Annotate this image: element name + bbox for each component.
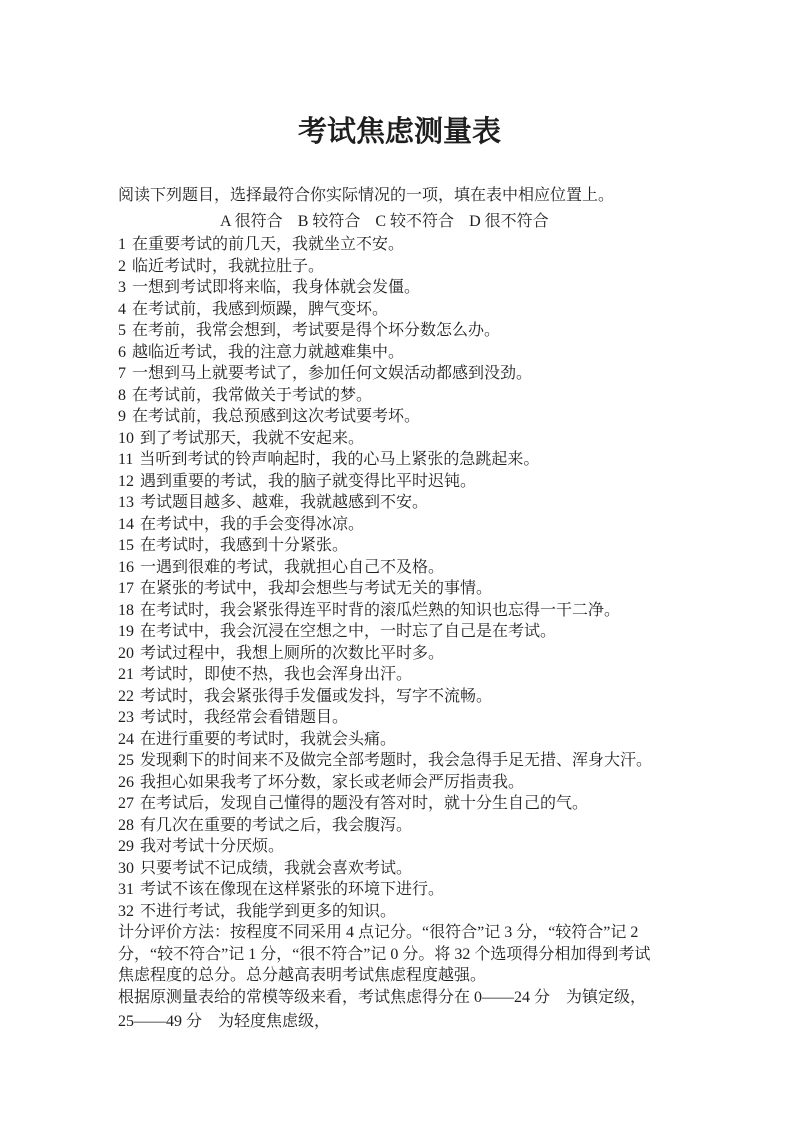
item-number: 10 — [118, 430, 134, 447]
instruction-text: 阅读下列题目，选择最符合你实际情况的一项，填在表中相应位置上。 — [118, 185, 681, 207]
item-text: 在考试时，我会紧张得连平时背的滚瓜烂熟的知识也忘得一干二净。 — [140, 602, 620, 619]
norm-level-line: 25——49 分 为轻度焦虑级， — [118, 1011, 681, 1033]
item-text: 在考试中，我的手会变得冰凉。 — [140, 516, 364, 533]
questionnaire-item: 10到了考试那天，我就不安起来。 — [118, 428, 681, 450]
option-a: A 很符合 — [220, 211, 283, 233]
item-number: 17 — [118, 580, 134, 597]
questionnaire-item: 7一想到马上就要考试了，参加任何文娱活动都感到没劲。 — [118, 363, 681, 385]
item-number: 4 — [118, 301, 126, 318]
questionnaire-item: 32不进行考试，我能学到更多的知识。 — [118, 901, 681, 923]
questionnaire-item: 4在考试前，我感到烦躁，脾气变坏。 — [118, 299, 681, 321]
item-number: 1 — [118, 236, 126, 253]
item-text: 在考试时，我感到十分紧张。 — [140, 537, 348, 554]
questionnaire-items: 1在重要考试的前几天，我就坐立不安。2临近考试时，我就拉肚子。3一想到考试即将来… — [118, 234, 681, 922]
questionnaire-item: 6越临近考试，我的注意力就越难集中。 — [118, 342, 681, 364]
item-text: 考试时，我经常会看错题目。 — [140, 709, 348, 726]
item-text: 考试题目越多、越难，我就越感到不安。 — [140, 494, 428, 511]
questionnaire-item: 16一遇到很难的考试，我就担心自己不及格。 — [118, 557, 681, 579]
item-number: 15 — [118, 537, 134, 554]
questionnaire-item: 27在考试后，发现自己懂得的题没有答对时，就十分生自己的气。 — [118, 793, 681, 815]
item-text: 我对考试十分厌烦。 — [140, 838, 284, 855]
item-text: 在考试后，发现自己懂得的题没有答对时，就十分生自己的气。 — [140, 795, 588, 812]
item-number: 26 — [118, 774, 134, 791]
questionnaire-item: 21考试时，即使不热，我也会浑身出汗。 — [118, 664, 681, 686]
item-number: 28 — [118, 817, 134, 834]
item-text: 只要考试不记成绩，我就会喜欢考试。 — [140, 860, 412, 877]
item-number: 8 — [118, 387, 126, 404]
item-text: 在考前，我常会想到，考试要是得个坏分数怎么办。 — [132, 322, 500, 339]
item-number: 13 — [118, 494, 134, 511]
item-number: 2 — [118, 258, 126, 275]
questionnaire-item: 26我担心如果我考了坏分数，家长或老师会严厉指责我。 — [118, 772, 681, 794]
questionnaire-item: 30只要考试不记成绩，我就会喜欢考试。 — [118, 858, 681, 880]
item-number: 29 — [118, 838, 134, 855]
scoring-line: 分，“较不符合”记 1 分，“很不符合”记 0 分。将 32 个选项得分相加得到… — [118, 944, 681, 966]
questionnaire-item: 1在重要考试的前几天，我就坐立不安。 — [118, 234, 681, 256]
item-number: 18 — [118, 602, 134, 619]
item-number: 21 — [118, 666, 134, 683]
item-text: 考试时，我会紧张得手发僵或发抖，写字不流畅。 — [140, 688, 492, 705]
item-number: 3 — [118, 279, 126, 296]
item-text: 在紧张的考试中，我却会想些与考试无关的事情。 — [140, 580, 492, 597]
page-title: 考试焦虑测量表 — [118, 112, 681, 152]
item-text: 考试不该在像现在这样紧张的环境下进行。 — [140, 881, 444, 898]
item-text: 一遇到很难的考试，我就担心自己不及格。 — [140, 559, 444, 576]
questionnaire-item: 18在考试时，我会紧张得连平时背的滚瓜烂熟的知识也忘得一干二净。 — [118, 600, 681, 622]
item-number: 20 — [118, 645, 134, 662]
questionnaire-item: 14在考试中，我的手会变得冰凉。 — [118, 514, 681, 536]
questionnaire-item: 8在考试前，我常做关于考试的梦。 — [118, 385, 681, 407]
questionnaire-item: 2临近考试时，我就拉肚子。 — [118, 256, 681, 278]
item-number: 23 — [118, 709, 134, 726]
item-text: 越临近考试，我的注意力就越难集中。 — [132, 344, 404, 361]
item-number: 32 — [118, 903, 134, 920]
item-number: 6 — [118, 344, 126, 361]
item-number: 22 — [118, 688, 134, 705]
option-c: C 较不符合 — [375, 211, 454, 233]
item-text: 有几次在重要的考试之后，我会腹泻。 — [140, 817, 412, 834]
item-number: 19 — [118, 623, 134, 640]
questionnaire-item: 12遇到重要的考试，我的脑子就变得比平时迟钝。 — [118, 471, 681, 493]
questionnaire-item: 25发现剩下的时间来不及做完全部考题时，我会急得手足无措、浑身大汗。 — [118, 750, 681, 772]
item-number: 24 — [118, 731, 134, 748]
item-number: 14 — [118, 516, 134, 533]
item-number: 9 — [118, 408, 126, 425]
questionnaire-item: 11当听到考试的铃声响起时，我的心马上紧张的急跳起来。 — [118, 449, 681, 471]
questionnaire-item: 29我对考试十分厌烦。 — [118, 836, 681, 858]
scoring-method-paragraph: 计分评价方法：按程度不同采用 4 点记分。“很符合”记 3 分，“较符合”记 2… — [118, 922, 681, 987]
questionnaire-item: 15在考试时，我感到十分紧张。 — [118, 535, 681, 557]
questionnaire-item: 13考试题目越多、越难，我就越感到不安。 — [118, 492, 681, 514]
questionnaire-item: 5在考前，我常会想到，考试要是得个坏分数怎么办。 — [118, 320, 681, 342]
questionnaire-item: 23考试时，我经常会看错题目。 — [118, 707, 681, 729]
item-number: 16 — [118, 559, 134, 576]
item-text: 当听到考试的铃声响起时，我的心马上紧张的急跳起来。 — [139, 451, 539, 468]
scoring-line: 焦虑程度的总分。总分越高表明考试焦虑程度越强。 — [118, 965, 681, 987]
item-text: 考试时，即使不热，我也会浑身出汗。 — [140, 666, 412, 683]
item-text: 在重要考试的前几天，我就坐立不安。 — [132, 236, 404, 253]
item-text: 发现剩下的时间来不及做完全部考题时，我会急得手足无措、浑身大汗。 — [140, 752, 652, 769]
questionnaire-item: 22考试时，我会紧张得手发僵或发抖，写字不流畅。 — [118, 686, 681, 708]
item-text: 遇到重要的考试，我的脑子就变得比平时迟钝。 — [140, 473, 476, 490]
questionnaire-item: 28有几次在重要的考试之后，我会腹泻。 — [118, 815, 681, 837]
answer-options-row: A 很符合 B 较符合 C 较不符合 D 很不符合 — [118, 211, 681, 233]
questionnaire-item: 3一想到考试即将来临，我身体就会发僵。 — [118, 277, 681, 299]
item-text: 一想到马上就要考试了，参加任何文娱活动都感到没劲。 — [132, 365, 532, 382]
item-text: 在进行重要的考试时，我就会头痛。 — [140, 731, 396, 748]
item-text: 一想到考试即将来临，我身体就会发僵。 — [132, 279, 420, 296]
option-d: D 很不符合 — [469, 211, 549, 233]
item-number: 11 — [118, 451, 133, 468]
questionnaire-item: 19在考试中，我会沉浸在空想之中，一时忘了自己是在考试。 — [118, 621, 681, 643]
questionnaire-item: 24在进行重要的考试时，我就会头痛。 — [118, 729, 681, 751]
item-number: 5 — [118, 322, 126, 339]
item-text: 考试过程中，我想上厕所的次数比平时多。 — [140, 645, 444, 662]
item-text: 临近考试时，我就拉肚子。 — [132, 258, 324, 275]
item-text: 不进行考试，我能学到更多的知识。 — [140, 903, 396, 920]
scoring-line: 计分评价方法：按程度不同采用 4 点记分。“很符合”记 3 分，“较符合”记 2 — [118, 922, 681, 944]
document-page: 考试焦虑测量表 阅读下列题目，选择最符合你实际情况的一项，填在表中相应位置上。 … — [0, 0, 793, 1122]
item-number: 25 — [118, 752, 134, 769]
questionnaire-item: 17在紧张的考试中，我却会想些与考试无关的事情。 — [118, 578, 681, 600]
item-number: 31 — [118, 881, 134, 898]
norm-level-line: 根据原测量表给的常模等级来看，考试焦虑得分在 0——24 分 为镇定级， — [118, 987, 681, 1009]
item-text: 在考试前，我感到烦躁，脾气变坏。 — [132, 301, 388, 318]
item-text: 在考试前，我总预感到这次考试要考坏。 — [132, 408, 420, 425]
item-number: 7 — [118, 365, 126, 382]
item-text: 到了考试那天，我就不安起来。 — [140, 430, 364, 447]
item-text: 我担心如果我考了坏分数，家长或老师会严厉指责我。 — [140, 774, 524, 791]
item-text: 在考试前，我常做关于考试的梦。 — [132, 387, 372, 404]
item-number: 12 — [118, 473, 134, 490]
item-number: 30 — [118, 860, 134, 877]
questionnaire-item: 9在考试前，我总预感到这次考试要考坏。 — [118, 406, 681, 428]
item-text: 在考试中，我会沉浸在空想之中，一时忘了自己是在考试。 — [140, 623, 556, 640]
questionnaire-item: 20考试过程中，我想上厕所的次数比平时多。 — [118, 643, 681, 665]
questionnaire-item: 31考试不该在像现在这样紧张的环境下进行。 — [118, 879, 681, 901]
item-number: 27 — [118, 795, 134, 812]
option-b: B 较符合 — [298, 211, 361, 233]
